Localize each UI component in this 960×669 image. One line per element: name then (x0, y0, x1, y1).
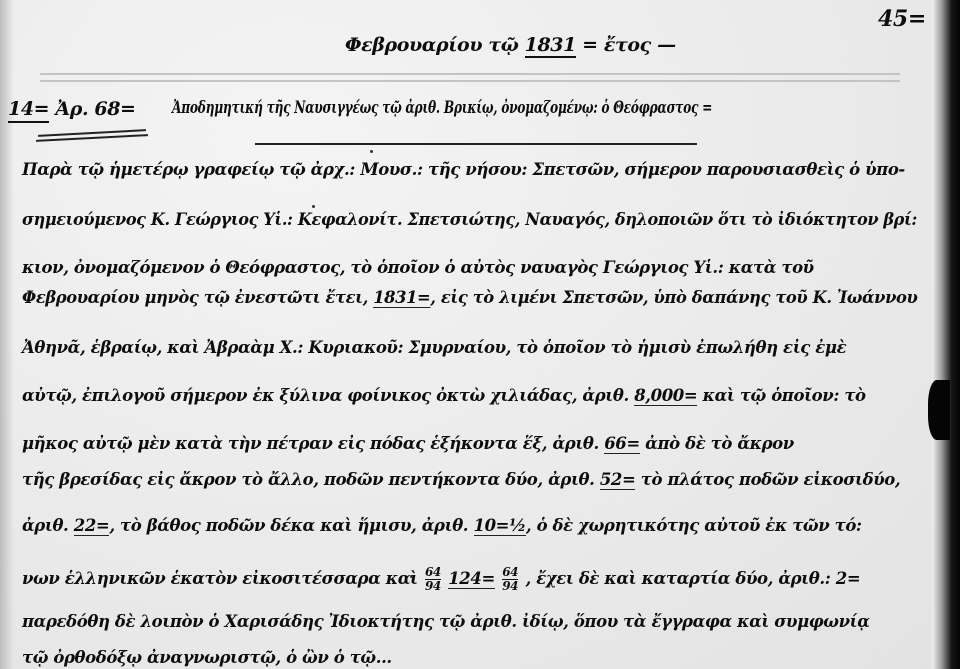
line-value: 8,000= (634, 386, 697, 406)
line-text-after: , ἔχει δὲ καὶ καταρτία δύο, ἀριθ.: 2= (526, 569, 861, 588)
ruled-line (40, 80, 900, 82)
fraction-numerator: 64 (425, 566, 441, 580)
line-value: 52= (600, 470, 636, 490)
body-line-12: τῷ ὀρθοδόξῳ ἀναγνωριστῷ, ὁ ὢν ὁ τῷ... (22, 648, 392, 667)
fraction-denominator: 94 (425, 580, 441, 593)
manuscript-page: 45= Φεβρουαρίου τῷ 1831 = ἔτος — 14= Ἀρ.… (0, 0, 960, 669)
body-line-5: Ἀθηνᾶ, ἑβραίῳ, καὶ Ἀβραὰμ Χ.: Κυριακοῦ: … (22, 338, 846, 357)
ink-speck (410, 575, 413, 578)
line-text-before: ἀριθ. (22, 516, 68, 535)
line-value: 22= (74, 516, 110, 536)
body-line-8: τῆς βρεσίδας εἰς ἄκρον τὸ ἄλλο, ποδῶν πε… (22, 470, 900, 489)
page-number: 45= (878, 6, 926, 32)
entry-reference: 14= Ἀρ. 68= (8, 98, 136, 120)
entry-label: Ἀρ. (55, 98, 88, 120)
fraction-numerator: 64 (502, 566, 518, 580)
line-text: μῆκος αὐτῷ μὲν κατὰ τὴν πέτραν εἰς πόδας… (22, 434, 599, 453)
body-line-6: αὐτῷ, ἐπιλογοῦ σήμερον ἐκ ξύλινα φοίνικο… (22, 386, 866, 405)
line-text-after: καὶ τῷ ὁποῖον: τὸ (703, 386, 866, 405)
line-text-after: ἀπὸ δὲ τὸ ἄκρον (645, 434, 794, 453)
line-value: 124= (448, 569, 495, 589)
line-text-after: , ὁ δὲ χωρητικότης αὐτοῦ ἐκ τῶν τό: (526, 516, 862, 535)
page-edge-shadow (932, 0, 960, 669)
body-line-3: κιον, ὀνομαζόμενον ὁ Θεόφραστος, τὸ ὁποῖ… (22, 258, 814, 277)
page-edge-fold (928, 380, 950, 440)
line-text: αὐτῷ, ἐπιλογοῦ σήμερον ἐκ ξύλινα φοίνικο… (22, 386, 629, 405)
title-underline (255, 143, 697, 145)
entry-day: 14= (8, 98, 49, 123)
body-line-11: παρεδόθη δὲ λοιπὸν ὁ Χαρισάδης Ἰδιοκτήτη… (22, 612, 870, 631)
line-value: 66= (604, 434, 640, 454)
body-line-1: Παρὰ τῷ ἡμετέρῳ γραφείῳ τῷ ἀρχ.: Μουσ.: … (22, 160, 905, 179)
body-line-2: σημειούμενος Κ. Γεώργιος Υἱ.: Κεφαλονίτ.… (22, 210, 917, 229)
fraction-1: 64 94 (425, 566, 441, 593)
line-text-after: , εἰς τὸ λιμένι Σπετσῶν, ὑπὸ δαπάνης τοῦ… (430, 288, 917, 307)
line-year: 1831= (373, 288, 430, 308)
header-year: 1831 (525, 34, 576, 58)
body-line-7: μῆκος αὐτῷ μὲν κατὰ τὴν πέτραν εἰς πόδας… (22, 434, 794, 453)
line-value-2: 10=½ (474, 516, 526, 536)
header-month: Φεβρουαρίου (345, 34, 482, 56)
ink-speck (370, 150, 373, 153)
line-text: νων ἑλληνικῶν ἑκατὸν εἰκοσιτέσσαρα καὶ (22, 569, 418, 588)
body-line-9: ἀριθ. 22=, τὸ βάθος ποδῶν δέκα καὶ ἥμισυ… (22, 516, 862, 535)
line-text: Φεβρουαρίου μηνὸς τῷ ἐνεστῶτι ἔτει, (22, 288, 368, 307)
body-line-10: νων ἑλληνικῶν ἑκατὸν εἰκοσιτέσσαρα καὶ 6… (22, 566, 860, 593)
ink-speck (312, 205, 315, 208)
line-text: τῆς βρεσίδας εἰς ἄκρον τὸ ἄλλο, ποδῶν πε… (22, 470, 594, 489)
line-text: , τὸ βάθος ποδῶν δέκα καὶ ἥμισυ, ἀριθ. (109, 516, 468, 535)
header-date: Φεβρουαρίου τῷ 1831 = ἔτος — (345, 34, 676, 56)
fraction-2: 64 94 (502, 566, 518, 593)
entry-number: 68= (94, 98, 135, 120)
header-article: τῷ (488, 34, 518, 56)
line-text-after: τὸ πλάτος ποδῶν εἰκοσιδύο, (641, 470, 900, 489)
header-suffix: = ἔτος — (582, 34, 676, 56)
entry-title: Ἀποδημητική τῆς Ναυσιγγέως τῷ ἀριθ. Βρικ… (172, 98, 712, 118)
body-line-4: Φεβρουαρίου μηνὸς τῷ ἐνεστῶτι ἔτει, 1831… (22, 288, 917, 307)
ruled-line (40, 73, 900, 75)
fraction-denominator: 94 (502, 580, 518, 593)
